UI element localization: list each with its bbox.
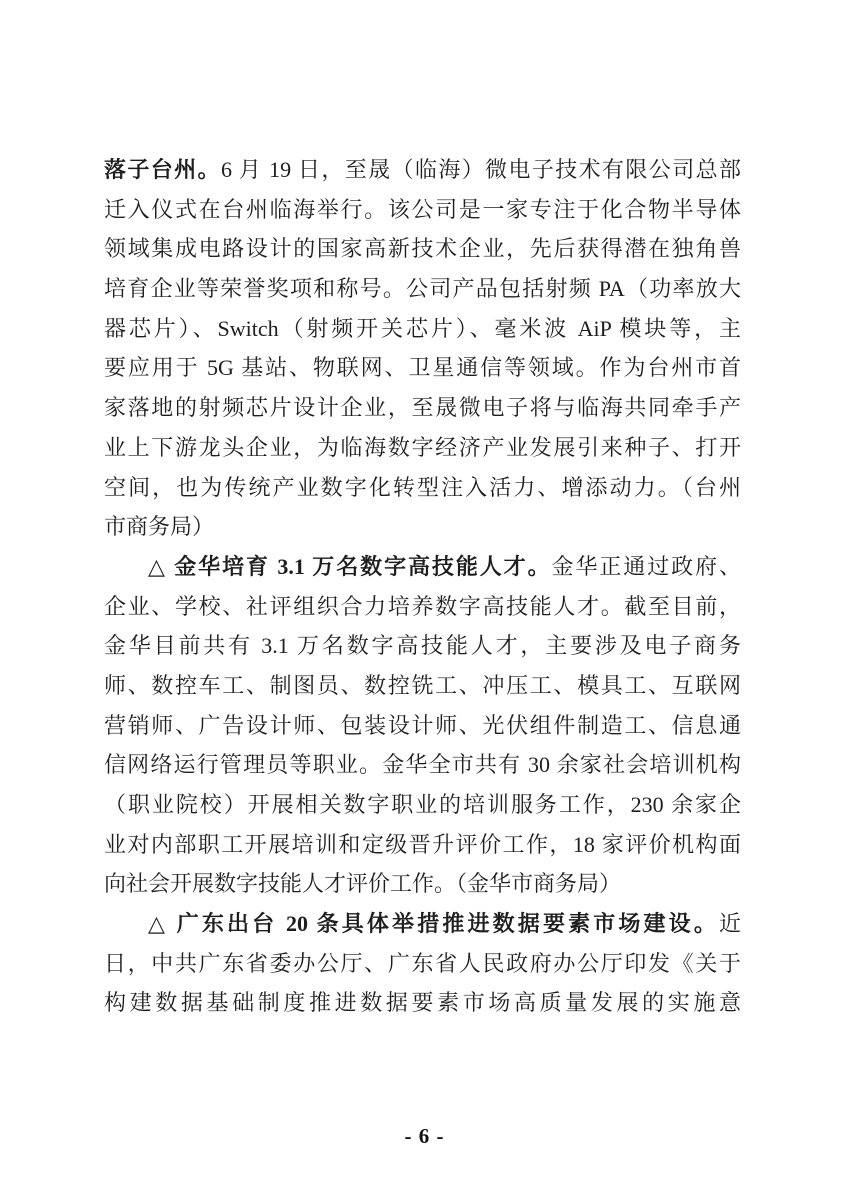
text-run: 迁入仪式在台州临海举行。该公司是一家专注于化合物半导体: [104, 197, 741, 222]
paragraph-jinhua: △ 金华培育 3.1 万名数字高技能人才。金华正通过政府、 企业、学校、社评组织…: [104, 547, 741, 904]
bold-run: △ 金华培育 3.1 万名数字高技能人才。: [148, 554, 552, 579]
text-line: 落子台州。6 月 19 日，至晟（临海）微电子技术有限公司总部: [104, 150, 741, 190]
text-run: （职业院校）开展相关数字职业的培训服务工作，230 余家企: [104, 792, 741, 817]
text-line: 日，中共广东省委办公厅、广东省人民政府办公厅印发《关于: [104, 944, 741, 984]
text-run: 领域集成电路设计的国家高新技术企业，先后获得潜在独角兽: [104, 236, 741, 261]
text-line: （职业院校）开展相关数字职业的培训服务工作，230 余家企: [104, 785, 741, 825]
text-line: 领域集成电路设计的国家高新技术企业，先后获得潜在独角兽: [104, 229, 741, 269]
text-line: △ 金华培育 3.1 万名数字高技能人才。金华正通过政府、: [104, 547, 741, 587]
text-run: 器芯片）、Switch（射频开关芯片）、毫米波 AiP 模块等，主: [104, 316, 741, 341]
text-line: △ 广东出台 20 条具体举措推进数据要素市场建设。近: [104, 904, 741, 944]
text-run: 日，中共广东省委办公厅、广东省人民政府办公厅印发《关于: [104, 951, 741, 976]
text-run: 要应用于 5G 基站、物联网、卫星通信等领域。作为台州市首: [104, 355, 741, 380]
text-line: 培育企业等荣誉奖项和称号。公司产品包括射频 PA（功率放大: [104, 269, 741, 309]
bold-run: 落子台州。: [104, 157, 221, 182]
text-line: 迁入仪式在台州临海举行。该公司是一家专注于化合物半导体: [104, 190, 741, 230]
text-run: 营销师、广告设计师、包装设计师、光伏组件制造工、信息通: [104, 713, 741, 738]
text-run: 培育企业等荣誉奖项和称号。公司产品包括射频 PA（功率放大: [104, 276, 741, 301]
text-line: 企业、学校、社评组织合力培养数字高技能人才。截至目前，: [104, 587, 741, 627]
text-line: 业对内部职工开展培训和定级晋升评价工作，18 家评价机构面: [104, 825, 741, 865]
text-line: 营销师、广告设计师、包装设计师、光伏组件制造工、信息通: [104, 706, 741, 746]
text-run: 业上下游龙头企业，为临海数字经济产业发展引来种子、打开: [104, 435, 741, 460]
document-page: 落子台州。6 月 19 日，至晟（临海）微电子技术有限公司总部 迁入仪式在台州临…: [0, 0, 849, 1200]
text-run: 市商务局）: [104, 514, 214, 539]
page-number: - 6 -: [0, 1124, 849, 1149]
text-run: 空间，也为传统产业数字化转型注入活力、增添动力。（台州: [104, 475, 741, 500]
text-run: 构建数据基础制度推进数据要素市场高质量发展的实施意: [104, 990, 741, 1015]
text-line: 金华目前共有 3.1 万名数字高技能人才，主要涉及电子商务: [104, 626, 741, 666]
text-line: 要应用于 5G 基站、物联网、卫星通信等领域。作为台州市首: [104, 348, 741, 388]
text-line: 师、数控车工、制图员、数控铣工、冲压工、模具工、互联网: [104, 666, 741, 706]
text-run: 业对内部职工开展培训和定级晋升评价工作，18 家评价机构面: [104, 832, 741, 857]
bold-run: △ 广东出台 20 条具体举措推进数据要素市场建设。: [148, 911, 719, 936]
text-run: 家落地的射频芯片设计企业，至晟微电子将与临海共同牵手产: [104, 395, 741, 420]
text-run: 6 月 19 日，至晟（临海）微电子技术有限公司总部: [221, 157, 741, 182]
text-line: 器芯片）、Switch（射频开关芯片）、毫米波 AiP 模块等，主: [104, 309, 741, 349]
text-line: 信网络运行管理员等职业。金华全市共有 30 余家社会培训机构: [104, 745, 741, 785]
text-run: 企业、学校、社评组织合力培养数字高技能人才。截至目前，: [104, 594, 741, 619]
text-run: 金华目前共有 3.1 万名数字高技能人才，主要涉及电子商务: [104, 633, 741, 658]
text-line: 业上下游龙头企业，为临海数字经济产业发展引来种子、打开: [104, 428, 741, 468]
text-line: 空间，也为传统产业数字化转型注入活力、增添动力。（台州: [104, 468, 741, 508]
text-run: 信网络运行管理员等职业。金华全市共有 30 余家社会培训机构: [104, 752, 741, 777]
text-run: 向社会开展数字技能人才评价工作。（金华市商务局）: [104, 871, 621, 896]
text-run: 师、数控车工、制图员、数控铣工、冲压工、模具工、互联网: [104, 673, 741, 698]
paragraph-taizhou: 落子台州。6 月 19 日，至晟（临海）微电子技术有限公司总部 迁入仪式在台州临…: [104, 150, 741, 547]
text-line: 家落地的射频芯片设计企业，至晟微电子将与临海共同牵手产: [104, 388, 741, 428]
text-line: 向社会开展数字技能人才评价工作。（金华市商务局）: [104, 864, 741, 904]
text-line: 市商务局）: [104, 507, 741, 547]
body-text: 落子台州。6 月 19 日，至晟（临海）微电子技术有限公司总部 迁入仪式在台州临…: [104, 150, 741, 1023]
text-run: 近: [719, 911, 741, 936]
paragraph-guangdong: △ 广东出台 20 条具体举措推进数据要素市场建设。近 日，中共广东省委办公厅、…: [104, 904, 741, 1023]
text-line: 构建数据基础制度推进数据要素市场高质量发展的实施意: [104, 983, 741, 1023]
text-run: 金华正通过政府、: [552, 554, 741, 579]
